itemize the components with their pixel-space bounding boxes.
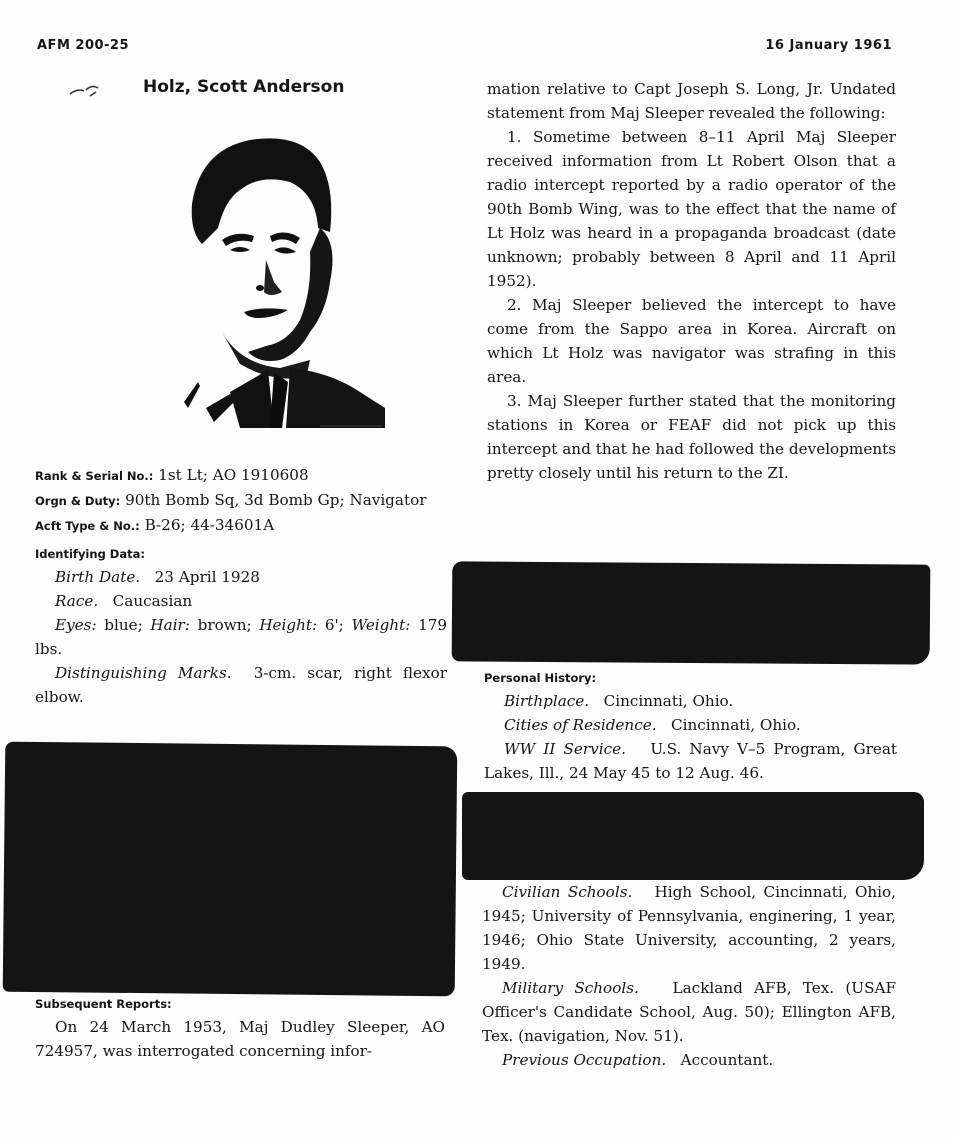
occupation-value: Accountant. (681, 1051, 774, 1069)
redacted-block-right-lower (462, 792, 924, 880)
military-schools-label: Military Schools. (502, 979, 639, 997)
document-page: AFM 200-25 16 January 1961 Holz, Scott A… (0, 0, 953, 1141)
acft-value: B-26; 44-34601A (145, 516, 275, 534)
race-value: Caucasian (113, 592, 193, 610)
form-number: AFM 200-25 (37, 38, 129, 53)
service-info-section: Rank & Serial No.: 1st Lt; AO 1910608 Or… (35, 463, 447, 709)
redacted-block-left (3, 742, 458, 997)
personal-history-section: Personal History: Birthplace. Cincinnati… (484, 667, 897, 785)
weight-label: Weight: (351, 616, 410, 634)
hair-value: brown; (198, 616, 252, 634)
pen-mark-icon (68, 82, 118, 100)
height-label: Height: (259, 616, 317, 634)
report-item-3: 3. Maj Sleeper further stated that the m… (487, 389, 896, 485)
acft-label: Acft Type & No.: (35, 519, 140, 533)
redacted-block-right-upper (452, 561, 931, 664)
residence-value: Cincinnati, Ohio. (671, 716, 801, 734)
hair-label: Hair: (150, 616, 190, 634)
eyes-label: Eyes: (55, 616, 97, 634)
occupation-label: Previous Occupation. (502, 1051, 666, 1069)
rank-value: 1st Lt; AO 1910608 (158, 466, 308, 484)
subsequent-reports-heading: Subsequent Reports: (35, 993, 445, 1015)
birthplace-label: Birthplace. (504, 692, 589, 710)
civilian-schools-label: Civilian Schools. (502, 883, 632, 901)
height-value: 6'; (325, 616, 344, 634)
document-date: 16 January 1961 (765, 38, 892, 53)
report-item-1: 1. Sometime between 8–11 April Maj Sleep… (487, 125, 896, 293)
orgn-value: 90th Bomb Sq, 3d Bomb Gp; Navigator (125, 491, 426, 509)
report-item-2: 2. Maj Sleeper believed the intercept to… (487, 293, 896, 389)
birthplace-value: Cincinnati, Ohio. (604, 692, 734, 710)
identifying-data-heading: Identifying Data: (35, 543, 447, 565)
education-section: Civilian Schools. High School, Cincinnat… (482, 880, 896, 1072)
marks-label: Distinguishing Marks. (55, 664, 232, 682)
portrait-photo (170, 132, 385, 428)
subsequent-reports-intro: On 24 March 1953, Maj Dudley Sleeper, AO… (35, 1015, 445, 1063)
subject-name: Holz, Scott Anderson (143, 77, 344, 97)
subsequent-reports-section: Subsequent Reports: On 24 March 1953, Ma… (35, 993, 445, 1063)
report-continuation: mation relative to Capt Joseph S. Long, … (487, 77, 896, 125)
eyes-value: blue; (104, 616, 142, 634)
race-label: Race. (55, 592, 98, 610)
residence-label: Cities of Residence. (504, 716, 657, 734)
birth-date-value: 23 April 1928 (155, 568, 260, 586)
rank-label: Rank & Serial No.: (35, 469, 153, 483)
subsequent-reports-continued: mation relative to Capt Joseph S. Long, … (487, 77, 896, 485)
ww2-label: WW II Service. (504, 740, 626, 758)
orgn-label: Orgn & Duty: (35, 494, 120, 508)
birth-date-label: Birth Date. (55, 568, 140, 586)
personal-history-heading: Personal History: (484, 667, 897, 689)
